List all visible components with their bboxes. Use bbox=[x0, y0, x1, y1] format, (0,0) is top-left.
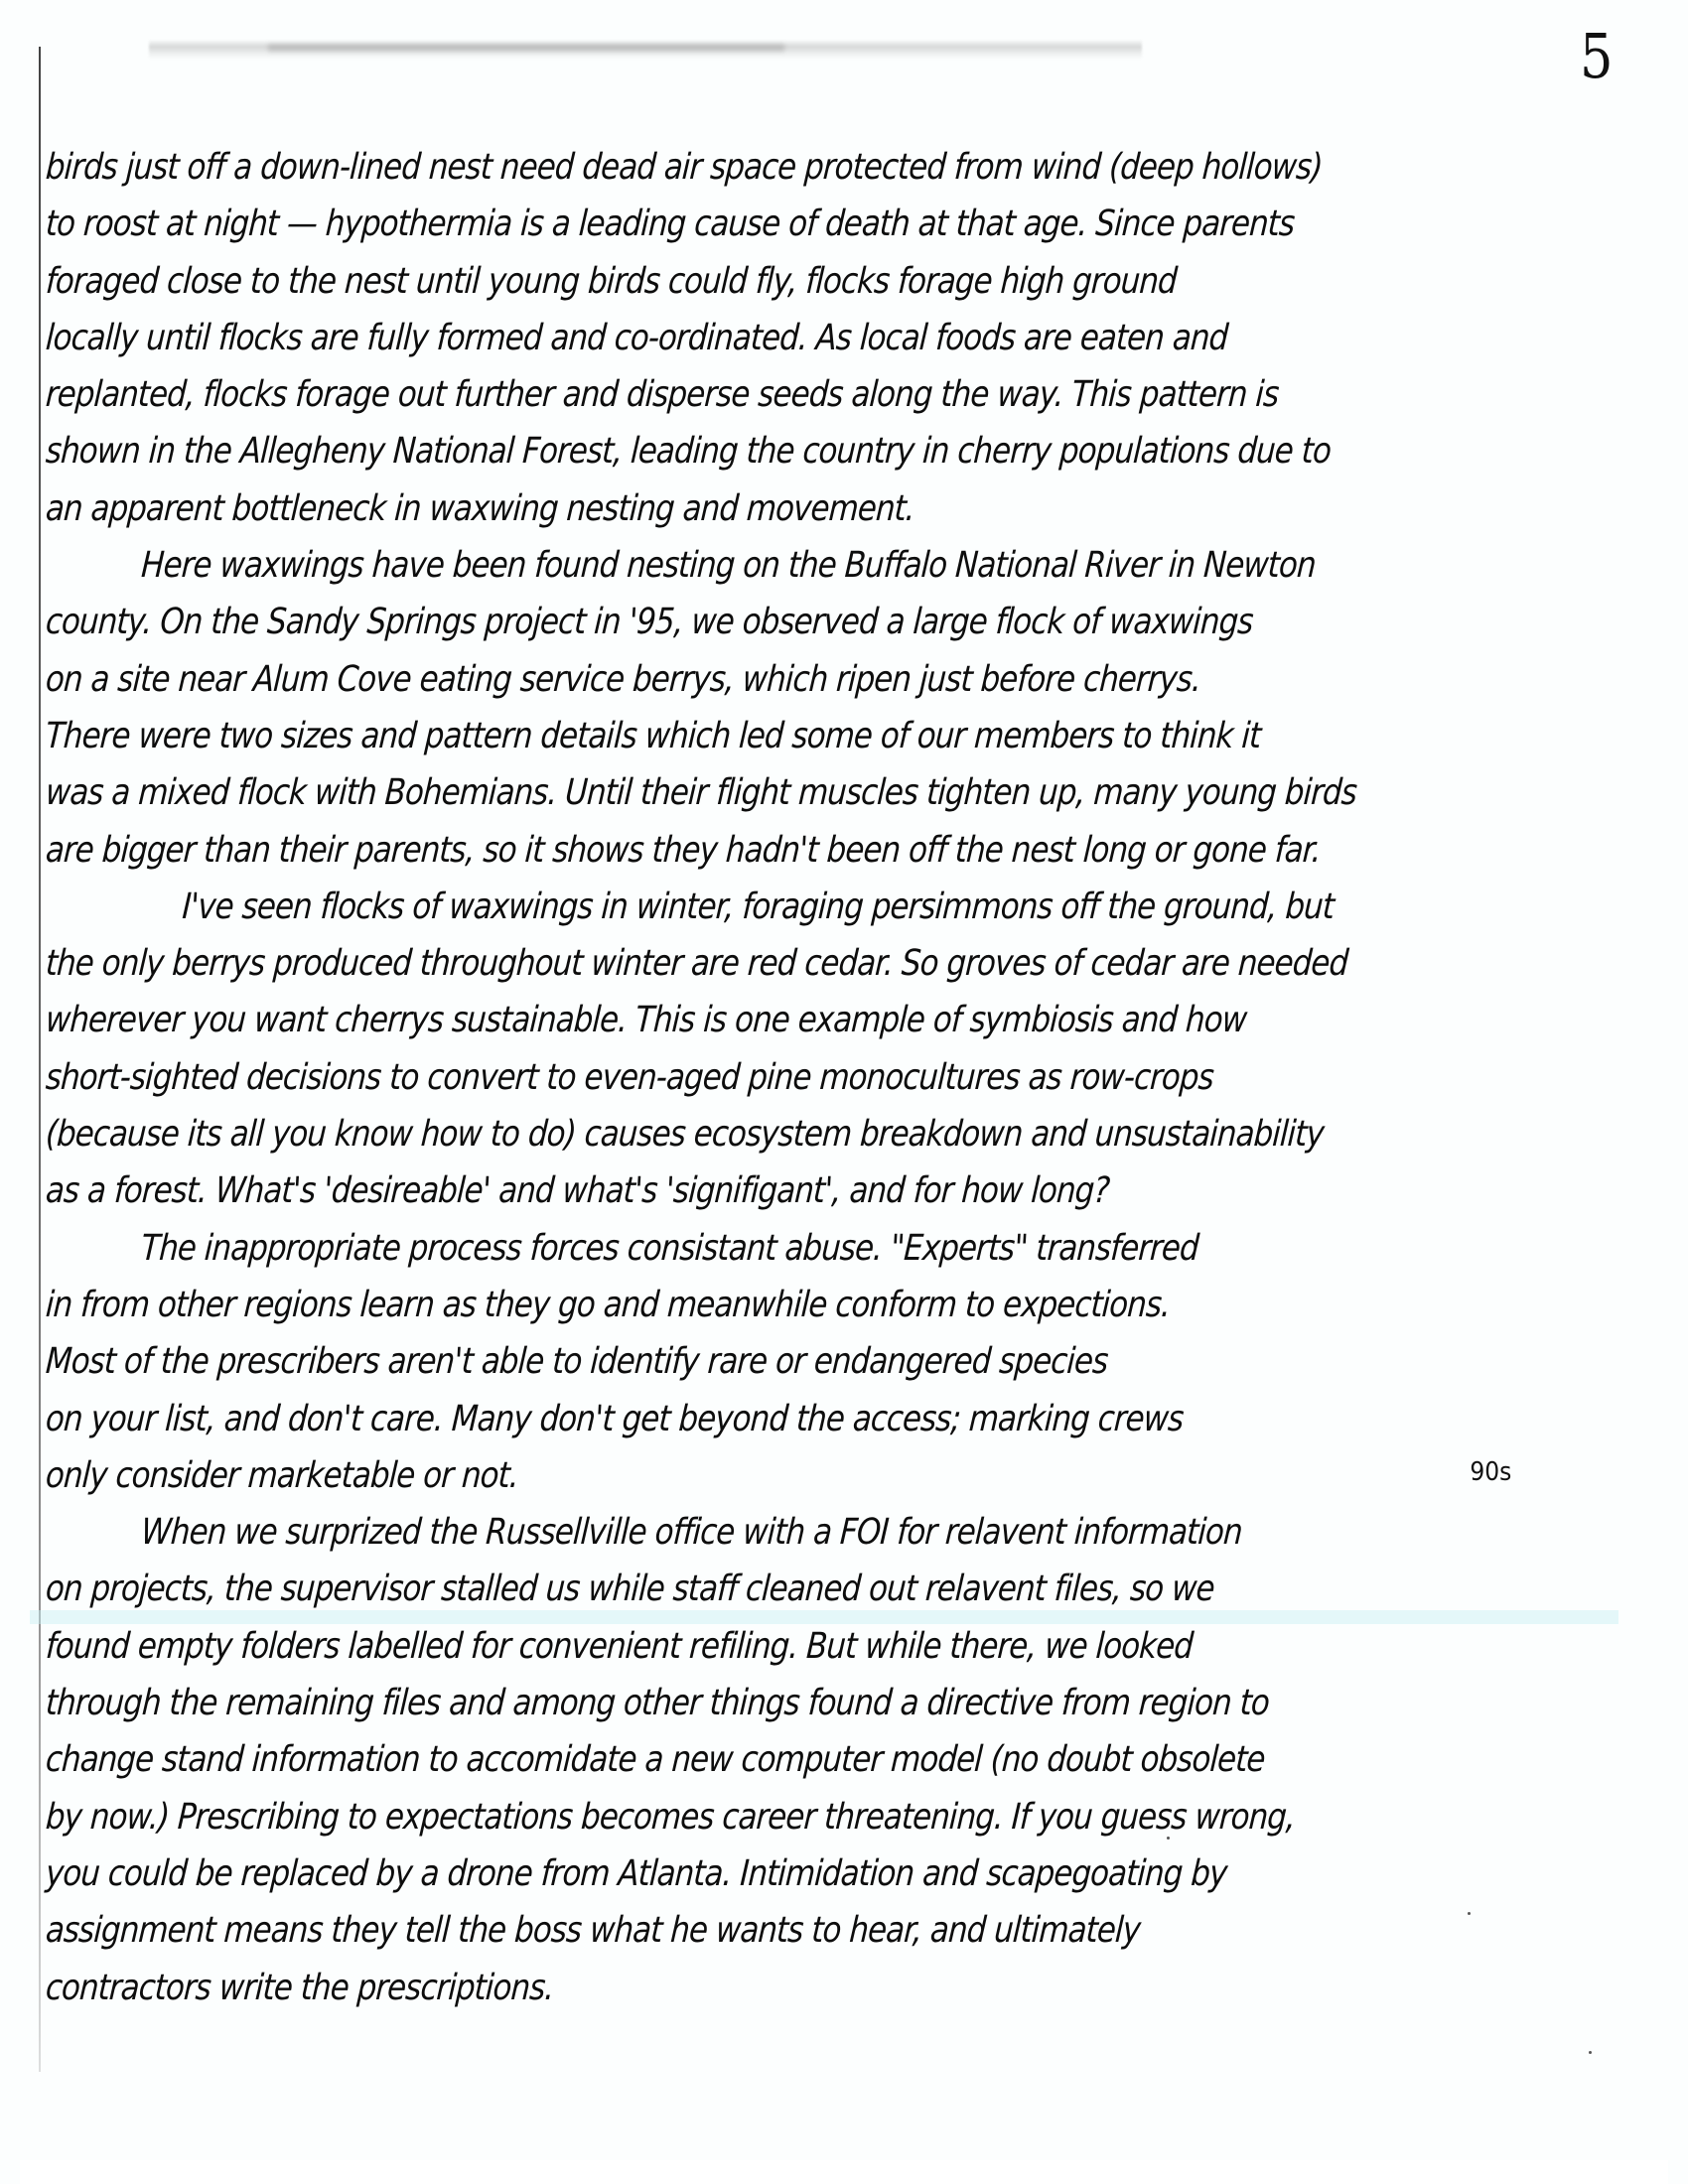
scanned-page: 5 birds just off a down-lined nest need … bbox=[0, 0, 1688, 2184]
scan-smudge bbox=[149, 40, 1142, 60]
paragraph-start-line: When we surprized the Russellville offic… bbox=[44, 1504, 1362, 1561]
paragraph-start-line: Here waxwings have been found nesting on… bbox=[44, 537, 1362, 594]
page-bottom-edge bbox=[20, 2160, 1668, 2184]
text-line: Most of the prescribers aren't able to i… bbox=[44, 1333, 1362, 1390]
scan-speck bbox=[1468, 1912, 1471, 1915]
text-line: you could be replaced by a drone from At… bbox=[44, 1845, 1362, 1902]
text-line: short-sighted decisions to convert to ev… bbox=[44, 1049, 1362, 1106]
text-line: (because its all you know how to do) cau… bbox=[44, 1106, 1362, 1162]
text-line: on a site near Alum Cove eating service … bbox=[44, 651, 1362, 708]
text-line: by now.) Prescribing to expectations bec… bbox=[44, 1789, 1362, 1845]
text-line: contractors write the prescriptions. bbox=[44, 1960, 1362, 2016]
text-line: only consider marketable or not. bbox=[44, 1447, 1362, 1504]
text-line: an apparent bottleneck in waxwing nestin… bbox=[44, 480, 1362, 537]
text-line: to roost at night — hypothermia is a lea… bbox=[44, 196, 1362, 252]
text-line: found empty folders labelled for conveni… bbox=[44, 1618, 1362, 1675]
text-line: replanted, flocks forage out further and… bbox=[44, 366, 1362, 423]
scan-speck bbox=[1167, 1837, 1170, 1840]
text-line: on projects, the supervisor stalled us w… bbox=[44, 1561, 1362, 1617]
margin-note-90s: 90s bbox=[1470, 1457, 1511, 1487]
left-margin-rule bbox=[39, 47, 41, 2072]
text-line: on your list, and don't care. Many don't… bbox=[44, 1391, 1362, 1447]
text-line: There were two sizes and pattern details… bbox=[44, 708, 1362, 764]
text-line: assignment means they tell the boss what… bbox=[44, 1902, 1362, 1959]
text-line: birds just off a down-lined nest need de… bbox=[44, 139, 1362, 196]
text-line: change stand information to accomidate a… bbox=[44, 1731, 1362, 1788]
page-number: 5 bbox=[1580, 20, 1614, 92]
text-line: as a forest. What's 'desireable' and wha… bbox=[44, 1162, 1362, 1219]
scan-speck bbox=[1589, 2051, 1592, 2054]
text-line: wherever you want cherrys sustainable. T… bbox=[44, 992, 1362, 1048]
text-line: through the remaining files and among ot… bbox=[44, 1675, 1362, 1731]
paragraph-start-line: The inappropriate process forces consist… bbox=[44, 1220, 1362, 1277]
text-line: the only berrys produced throughout wint… bbox=[44, 935, 1362, 992]
paragraph-start-line: I've seen flocks of waxwings in winter, … bbox=[44, 879, 1362, 935]
text-line: was a mixed flock with Bohemians. Until … bbox=[44, 764, 1362, 821]
handwritten-body: birds just off a down-lined nest need de… bbox=[46, 139, 1575, 2016]
text-line: locally until flocks are fully formed an… bbox=[44, 310, 1362, 366]
text-line: county. On the Sandy Springs project in … bbox=[44, 594, 1362, 650]
text-line: in from other regions learn as they go a… bbox=[44, 1277, 1362, 1333]
text-line: shown in the Allegheny National Forest, … bbox=[44, 423, 1362, 479]
text-line: are bigger than their parents, so it sho… bbox=[44, 822, 1362, 879]
text-line: foraged close to the nest until young bi… bbox=[44, 253, 1362, 310]
